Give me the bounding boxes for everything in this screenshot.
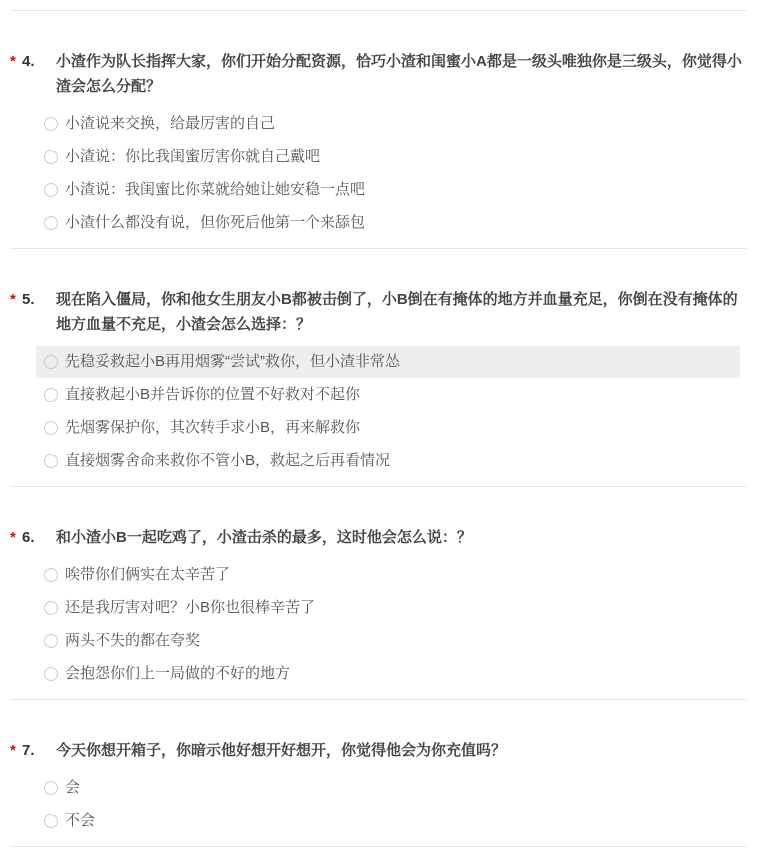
- radio-option[interactable]: 小渣说来交换，给最厉害的自己: [36, 108, 740, 140]
- required-asterisk: *: [10, 738, 22, 763]
- question-text: 小渣作为队长指挥大家，你们开始分配资源，恰巧小渣和闺蜜小A都是一级头唯独你是三级…: [48, 49, 747, 99]
- question-title: * 7. 今天你想开箱子，你暗示他好想开好想开，你觉得他会为你充值吗？: [10, 738, 747, 763]
- option-label: 先烟雾保护你，其次转手求小B，再来解救你: [65, 418, 360, 438]
- option-label: 两头不失的都在夸奖: [65, 631, 200, 651]
- option-label: 小渣说来交换，给最厉害的自己: [65, 114, 275, 134]
- radio-icon: [44, 667, 58, 681]
- options-list: 会 不会: [36, 772, 740, 837]
- option-label: 先稳妥救起小B再用烟雾“尝试”救你，但小渣非常怂: [65, 352, 400, 372]
- option-label: 不会: [65, 811, 95, 831]
- question-number: 7.: [22, 738, 48, 763]
- radio-icon: [44, 388, 58, 402]
- radio-option[interactable]: 唉带你们俩实在太辛苦了: [36, 559, 740, 591]
- option-label: 小渣什么都没有说，但你死后他第一个来舔包: [65, 213, 365, 233]
- question-7: * 7. 今天你想开箱子，你暗示他好想开好想开，你觉得他会为你充值吗？ 会 不会: [10, 700, 747, 847]
- question-title: * 6. 和小渣小B一起吃鸡了，小渣击杀的最多，这时他会怎么说：？: [10, 525, 747, 550]
- radio-option[interactable]: 还是我厉害对吧？小B你也很棒辛苦了: [36, 592, 740, 624]
- option-label: 会抱怨你们上一局做的不好的地方: [65, 664, 290, 684]
- radio-icon: [44, 454, 58, 468]
- radio-option[interactable]: 先烟雾保护你，其次转手求小B，再来解救你: [36, 412, 740, 444]
- radio-icon: [44, 568, 58, 582]
- question-5: * 5. 现在陷入僵局，你和他女生朋友小B都被击倒了，小B倒在有掩体的地方并血量…: [10, 249, 747, 487]
- option-label: 直接救起小B并告诉你的位置不好救对不起你: [65, 385, 360, 405]
- radio-option[interactable]: 会: [36, 772, 740, 804]
- radio-option[interactable]: 小渣说：我闺蜜比你菜就给她让她安稳一点吧: [36, 174, 740, 206]
- required-asterisk: *: [10, 525, 22, 550]
- radio-icon: [44, 421, 58, 435]
- radio-option-highlighted[interactable]: 先稳妥救起小B再用烟雾“尝试”救你，但小渣非常怂: [36, 346, 740, 378]
- option-label: 唉带你们俩实在太辛苦了: [65, 565, 230, 585]
- survey-form: * 4. 小渣作为队长指挥大家，你们开始分配资源，恰巧小渣和闺蜜小A都是一级头唯…: [10, 10, 747, 847]
- radio-option[interactable]: 不会: [36, 805, 740, 837]
- radio-icon: [44, 183, 58, 197]
- required-asterisk: *: [10, 49, 22, 74]
- radio-option[interactable]: 直接烟雾舍命来救你不管小B，救起之后再看情况: [36, 445, 740, 477]
- radio-option[interactable]: 直接救起小B并告诉你的位置不好救对不起你: [36, 379, 740, 411]
- radio-icon: [44, 781, 58, 795]
- question-4: * 4. 小渣作为队长指挥大家，你们开始分配资源，恰巧小渣和闺蜜小A都是一级头唯…: [10, 11, 747, 249]
- radio-icon: [44, 601, 58, 615]
- question-number: 4.: [22, 49, 48, 74]
- option-label: 会: [65, 778, 80, 798]
- question-text: 现在陷入僵局，你和他女生朋友小B都被击倒了，小B倒在有掩体的地方并血量充足，你倒…: [48, 287, 747, 337]
- radio-icon: [44, 634, 58, 648]
- radio-icon: [44, 150, 58, 164]
- option-label: 小渣说：你比我闺蜜厉害你就自己戴吧: [65, 147, 320, 167]
- option-label: 小渣说：我闺蜜比你菜就给她让她安稳一点吧: [65, 180, 365, 200]
- radio-icon: [44, 117, 58, 131]
- required-asterisk: *: [10, 287, 22, 312]
- option-label: 还是我厉害对吧？小B你也很棒辛苦了: [65, 598, 315, 618]
- question-6: * 6. 和小渣小B一起吃鸡了，小渣击杀的最多，这时他会怎么说：？ 唉带你们俩实…: [10, 487, 747, 700]
- question-text: 今天你想开箱子，你暗示他好想开好想开，你觉得他会为你充值吗？: [48, 738, 747, 763]
- options-list: 小渣说来交换，给最厉害的自己 小渣说：你比我闺蜜厉害你就自己戴吧 小渣说：我闺蜜…: [36, 108, 740, 239]
- radio-icon: [44, 814, 58, 828]
- radio-option[interactable]: 小渣说：你比我闺蜜厉害你就自己戴吧: [36, 141, 740, 173]
- options-list: 唉带你们俩实在太辛苦了 还是我厉害对吧？小B你也很棒辛苦了 两头不失的都在夸奖 …: [36, 559, 740, 690]
- question-text: 和小渣小B一起吃鸡了，小渣击杀的最多，这时他会怎么说：？: [48, 525, 747, 550]
- question-title: * 4. 小渣作为队长指挥大家，你们开始分配资源，恰巧小渣和闺蜜小A都是一级头唯…: [10, 49, 747, 99]
- radio-icon: [44, 216, 58, 230]
- question-title: * 5. 现在陷入僵局，你和他女生朋友小B都被击倒了，小B倒在有掩体的地方并血量…: [10, 287, 747, 337]
- radio-option[interactable]: 两头不失的都在夸奖: [36, 625, 740, 657]
- question-number: 6.: [22, 525, 48, 550]
- question-number: 5.: [22, 287, 48, 312]
- radio-option[interactable]: 会抱怨你们上一局做的不好的地方: [36, 658, 740, 690]
- option-label: 直接烟雾舍命来救你不管小B，救起之后再看情况: [65, 451, 390, 471]
- radio-option[interactable]: 小渣什么都没有说，但你死后他第一个来舔包: [36, 207, 740, 239]
- radio-icon: [44, 355, 58, 369]
- options-list: 先稳妥救起小B再用烟雾“尝试”救你，但小渣非常怂 直接救起小B并告诉你的位置不好…: [36, 346, 740, 477]
